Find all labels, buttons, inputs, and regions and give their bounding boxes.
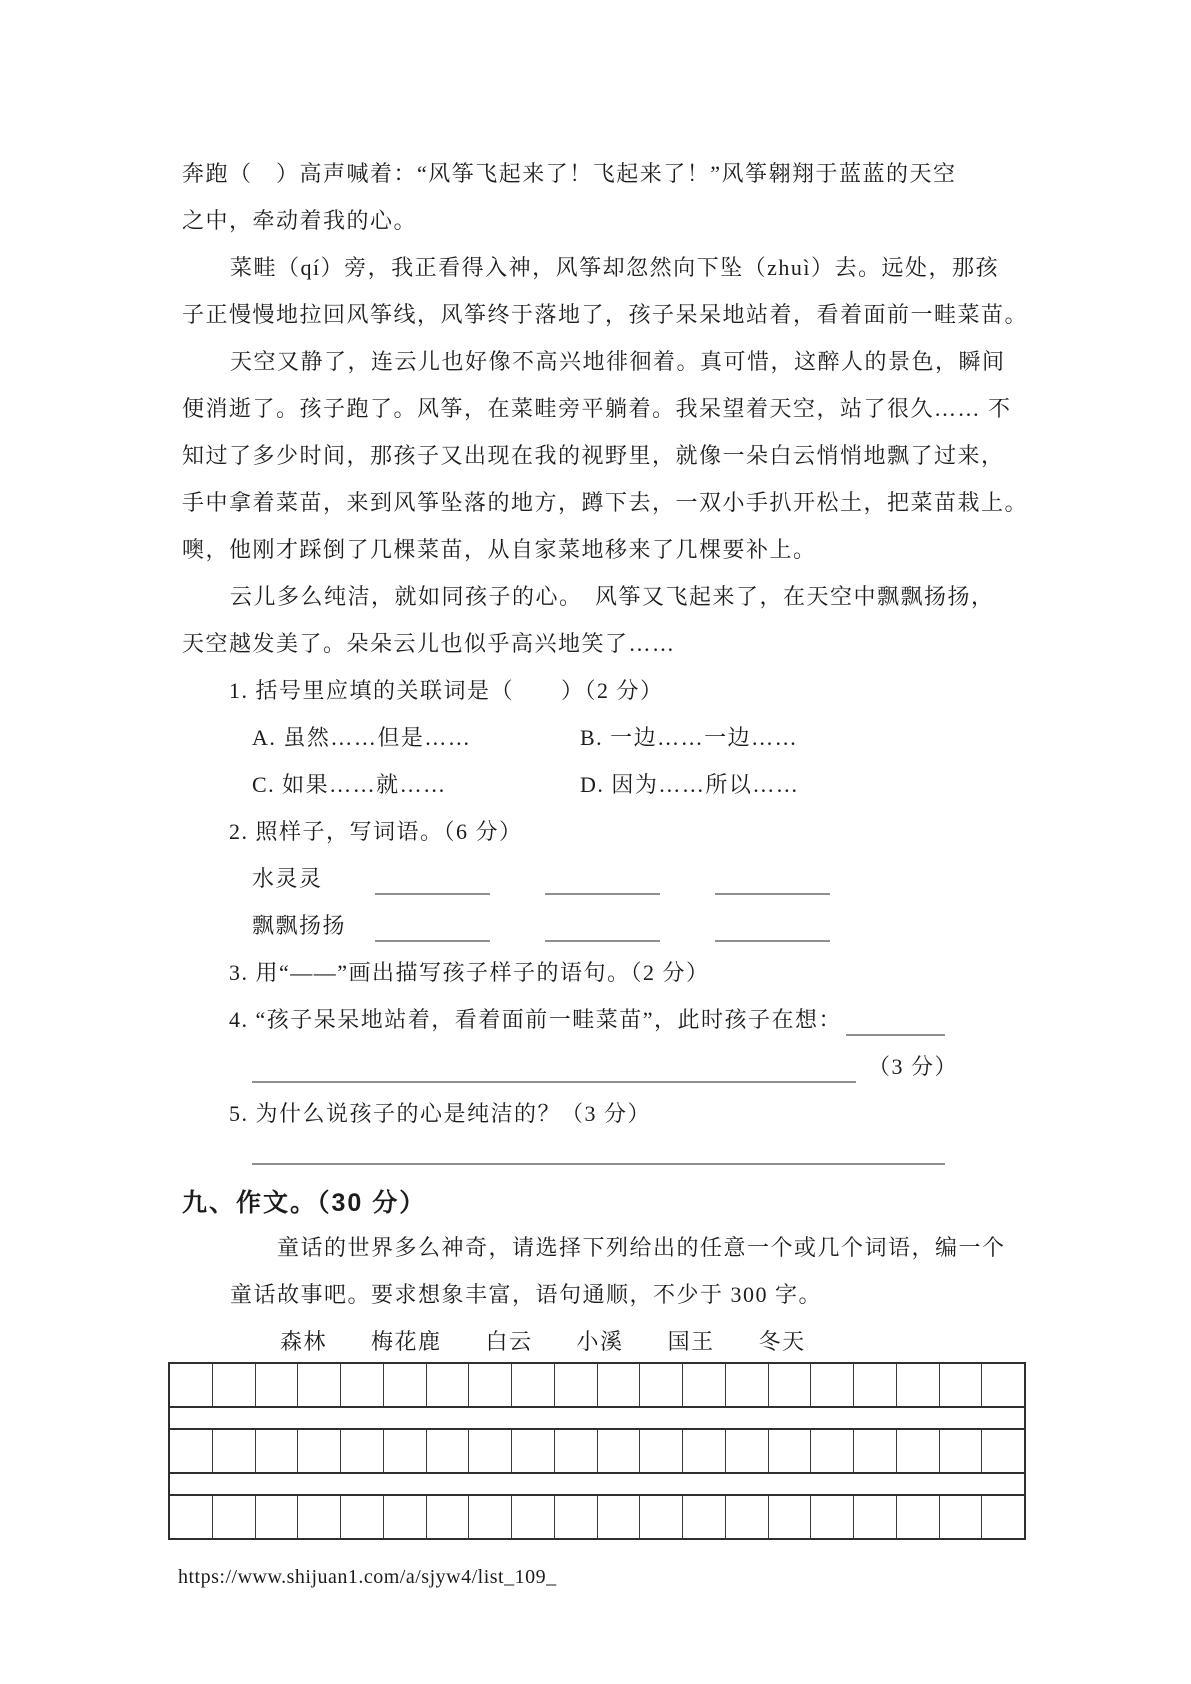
option-c[interactable]: C. 如果……就……	[252, 769, 447, 801]
grid-cell[interactable]	[554, 1496, 597, 1538]
grid-cell[interactable]	[853, 1364, 896, 1406]
question-4-text: 4. “孩子呆呆地站着，看着面前一畦菜苗”，此时孩子在想：	[229, 1004, 842, 1036]
answer-blank[interactable]	[846, 1010, 945, 1036]
grid-cell[interactable]	[511, 1430, 554, 1472]
grid-cell[interactable]	[212, 1430, 255, 1472]
grid-cell[interactable]	[768, 1496, 811, 1538]
grid-cell[interactable]	[810, 1364, 853, 1406]
grid-cell[interactable]	[939, 1364, 982, 1406]
grid-cell[interactable]	[810, 1430, 853, 1472]
question-5-answer-row	[252, 1139, 945, 1174]
question-4-continuation: （3 分）	[252, 1051, 958, 1083]
grid-cell[interactable]	[255, 1364, 298, 1406]
composition-intro-line-2: 童话故事吧。要求想象丰富，语句通顺，不少于 300 字。	[230, 1279, 822, 1311]
grid-cell[interactable]	[939, 1430, 982, 1472]
grid-cell[interactable]	[297, 1364, 340, 1406]
grid-cell[interactable]	[597, 1364, 640, 1406]
word-option: 小溪	[577, 1329, 624, 1354]
grid-cell[interactable]	[639, 1364, 682, 1406]
passage-line: 天空越发美了。朵朵云儿也似乎高兴地笑了……	[182, 628, 676, 660]
grid-cell[interactable]	[896, 1496, 939, 1538]
question-1-options-row-2: C. 如果……就…… D. 因为……所以……	[0, 769, 1191, 801]
question-5: 5. 为什么说孩子的心是纯洁的？（3 分）	[229, 1098, 651, 1130]
grid-cell[interactable]	[939, 1496, 982, 1538]
grid-spacer-row	[170, 1472, 1024, 1494]
grid-cell[interactable]	[896, 1364, 939, 1406]
grid-cell[interactable]	[810, 1496, 853, 1538]
question-2: 2. 照样子，写词语。（6 分）	[229, 816, 523, 848]
word-option: 森林	[280, 1329, 327, 1354]
answer-blank[interactable]	[375, 916, 490, 942]
grid-cell[interactable]	[597, 1496, 640, 1538]
question-1-options-row-1: A. 虽然……但是…… B. 一边……一边……	[0, 722, 1191, 754]
composition-grid[interactable]	[168, 1362, 1026, 1540]
passage-line: 便消逝了。孩子跑了。风筝，在菜畦旁平躺着。我呆望着天空，站了很久…… 不	[182, 393, 1012, 425]
grid-cell[interactable]	[468, 1430, 511, 1472]
answer-blank[interactable]	[375, 869, 490, 895]
grid-cell[interactable]	[426, 1364, 469, 1406]
example-word: 水灵灵	[252, 863, 375, 895]
grid-cell[interactable]	[212, 1364, 255, 1406]
answer-blank[interactable]	[545, 916, 660, 942]
grid-cell[interactable]	[853, 1496, 896, 1538]
grid-cell[interactable]	[255, 1430, 298, 1472]
grid-cell[interactable]	[340, 1496, 383, 1538]
grid-cell[interactable]	[170, 1496, 212, 1538]
grid-cell[interactable]	[255, 1496, 298, 1538]
grid-cell[interactable]	[725, 1496, 768, 1538]
word-option: 冬天	[759, 1329, 806, 1354]
grid-cell[interactable]	[554, 1430, 597, 1472]
word-option: 国王	[668, 1329, 715, 1354]
grid-cell[interactable]	[725, 1430, 768, 1472]
answer-blank[interactable]	[252, 1139, 945, 1165]
exam-page: 奔跑（ ）高声喊着：“风筝飞起来了！飞起来了！”风筝翱翔于蓝蓝的天空 之中，牵动…	[0, 0, 1191, 1684]
passage-line: 奔跑（ ）高声喊着：“风筝飞起来了！飞起来了！”风筝翱翔于蓝蓝的天空	[182, 158, 957, 190]
answer-blank[interactable]	[252, 1063, 856, 1083]
grid-spacer-row	[170, 1406, 1024, 1428]
grid-cell[interactable]	[511, 1364, 554, 1406]
grid-cell[interactable]	[639, 1496, 682, 1538]
passage-line: 知过了多少时间，那孩子又出现在我的视野里，就像一朵白云悄悄地飘了过来，	[182, 440, 1005, 472]
grid-cell[interactable]	[170, 1430, 212, 1472]
grid-cell[interactable]	[511, 1496, 554, 1538]
question-4-score: （3 分）	[868, 1051, 958, 1083]
grid-cell[interactable]	[853, 1430, 896, 1472]
grid-cell[interactable]	[981, 1430, 1024, 1472]
grid-cell[interactable]	[170, 1364, 212, 1406]
grid-cell[interactable]	[682, 1430, 725, 1472]
composition-intro-line-1: 童话的世界多么神奇，请选择下列给出的任意一个或几个词语，编一个	[277, 1232, 1006, 1264]
grid-cell[interactable]	[768, 1364, 811, 1406]
grid-row	[170, 1364, 1024, 1406]
grid-cell[interactable]	[682, 1496, 725, 1538]
grid-cell[interactable]	[340, 1364, 383, 1406]
passage-line: 噢，他刚才踩倒了几棵菜苗，从自家菜地移来了几棵要补上。	[182, 534, 817, 566]
grid-cell[interactable]	[639, 1430, 682, 1472]
grid-row	[170, 1494, 1024, 1538]
option-b[interactable]: B. 一边……一边……	[580, 722, 798, 754]
question-3: 3. 用“——”画出描写孩子样子的语句。（2 分）	[229, 957, 710, 989]
grid-cell[interactable]	[383, 1430, 426, 1472]
passage-line: 手中拿着菜苗，来到风筝坠落的地方，蹲下去，一双小手扒开松土，把菜苗栽上。	[182, 487, 1028, 519]
grid-cell[interactable]	[725, 1364, 768, 1406]
grid-cell[interactable]	[468, 1496, 511, 1538]
grid-cell[interactable]	[981, 1496, 1024, 1538]
section-9-title: 九、作文。（30 分）	[182, 1187, 426, 1219]
grid-cell[interactable]	[297, 1496, 340, 1538]
answer-blank[interactable]	[715, 869, 830, 895]
option-d[interactable]: D. 因为……所以……	[580, 769, 799, 801]
grid-cell[interactable]	[297, 1430, 340, 1472]
grid-cell[interactable]	[426, 1496, 469, 1538]
grid-cell[interactable]	[468, 1364, 511, 1406]
composition-word-list: 森林梅花鹿白云小溪国王冬天	[280, 1326, 806, 1358]
passage-line: 之中，牵动着我的心。	[182, 205, 417, 237]
grid-cell[interactable]	[768, 1430, 811, 1472]
question-2-row-2: 飘飘扬扬	[252, 910, 830, 942]
grid-cell[interactable]	[682, 1364, 725, 1406]
answer-blank[interactable]	[715, 916, 830, 942]
grid-cell[interactable]	[981, 1364, 1024, 1406]
word-option: 白云	[486, 1329, 533, 1354]
example-word: 飘飘扬扬	[252, 910, 375, 942]
question-4: 4. “孩子呆呆地站着，看着面前一畦菜苗”，此时孩子在想：	[229, 1004, 945, 1036]
footer-url: https://www.shijuan1.com/a/sjyw4/list_10…	[178, 1566, 557, 1589]
option-a[interactable]: A. 虽然……但是……	[252, 722, 471, 754]
word-option: 梅花鹿	[371, 1329, 442, 1354]
passage-line: 云儿多么纯洁，就如同孩子的心。 风筝又飞起来了，在天空中飘飘扬扬，	[230, 581, 995, 613]
question-2-row-1: 水灵灵	[252, 863, 830, 895]
grid-cell[interactable]	[597, 1430, 640, 1472]
grid-cell[interactable]	[212, 1496, 255, 1538]
passage-line: 菜畦（qí）旁，我正看得入神，风筝却忽然向下坠（zhuì）去。远处，那孩	[230, 252, 999, 284]
grid-row	[170, 1428, 1024, 1472]
grid-cell[interactable]	[554, 1364, 597, 1406]
answer-blank[interactable]	[545, 869, 660, 895]
grid-cell[interactable]	[383, 1364, 426, 1406]
question-1: 1. 括号里应填的关联词是（ ）（2 分）	[229, 675, 664, 707]
grid-cell[interactable]	[426, 1430, 469, 1472]
passage-line: 子正慢慢地拉回风筝线，风筝终于落地了，孩子呆呆地站着，看着面前一畦菜苗。	[182, 299, 1028, 331]
grid-cell[interactable]	[383, 1496, 426, 1538]
grid-cell[interactable]	[340, 1430, 383, 1472]
grid-cell[interactable]	[896, 1430, 939, 1472]
passage-line: 天空又静了，连云儿也好像不高兴地徘徊着。真可惜，这醉人的景色，瞬间	[230, 346, 1006, 378]
